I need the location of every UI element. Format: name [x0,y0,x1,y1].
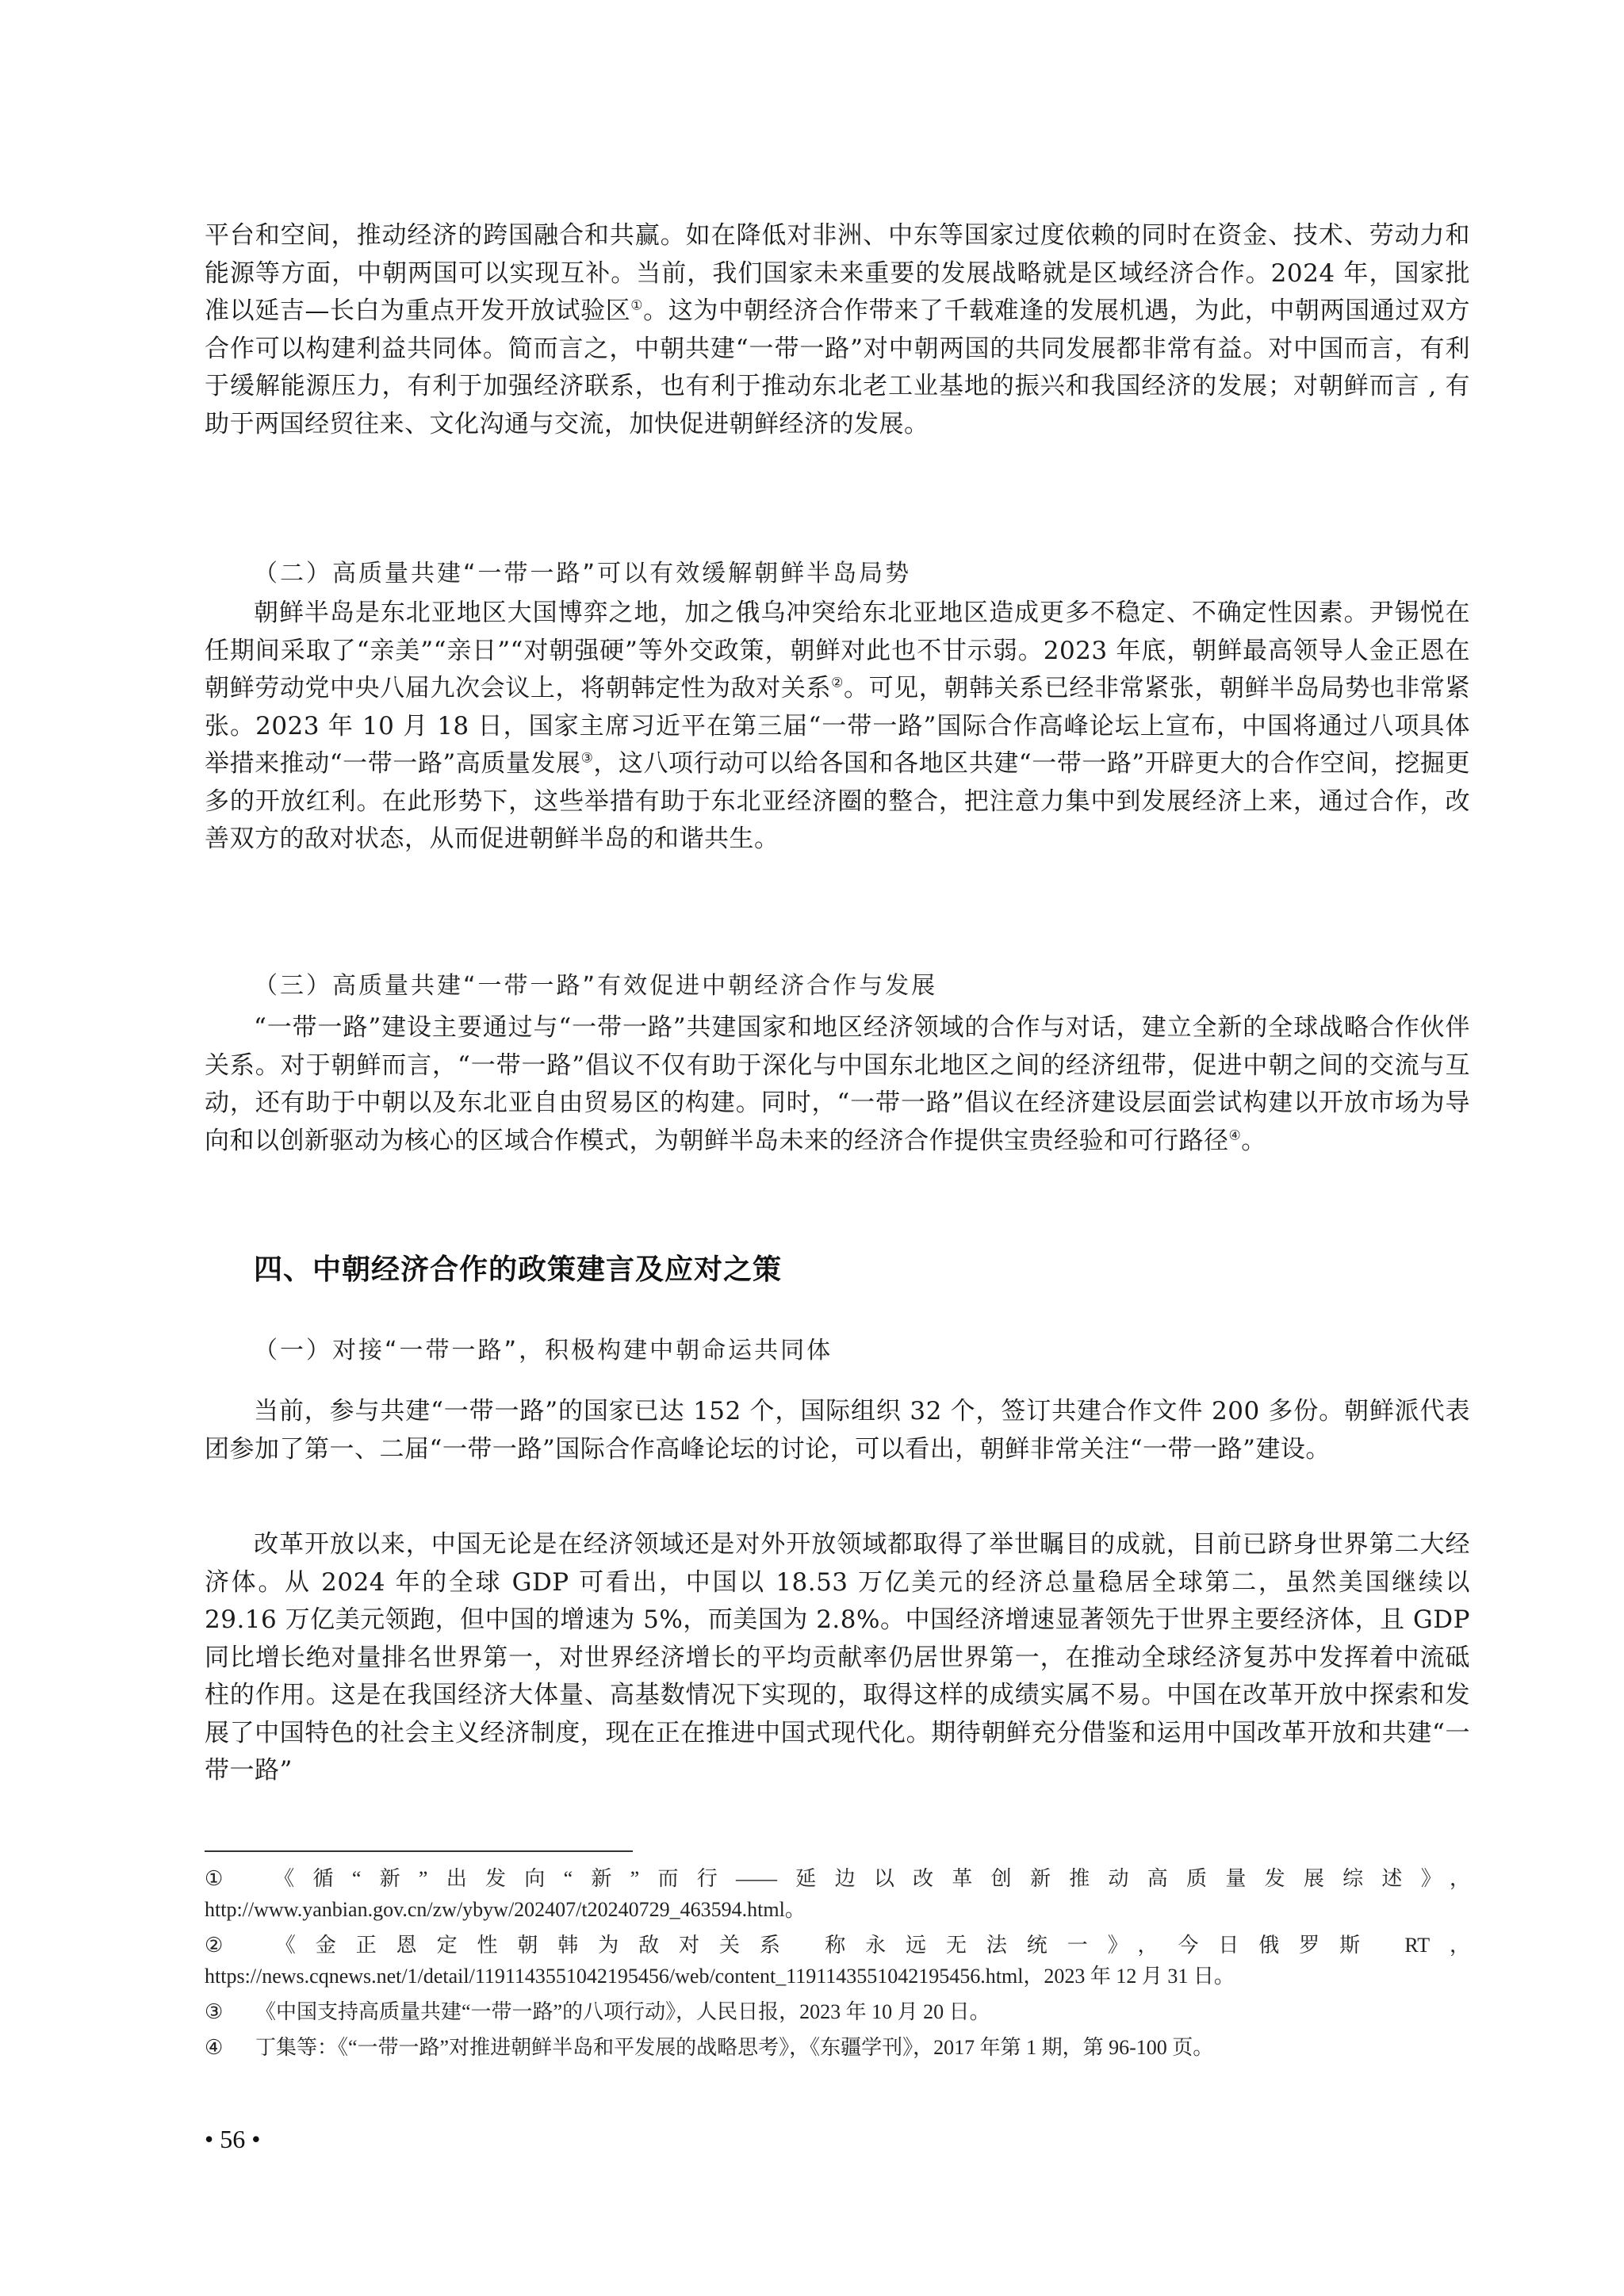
paragraph-text: 。 [1241,1127,1266,1155]
footnote-divider [205,1850,633,1852]
footnote-4: ④丁集等：《“一带一路”对推进朝鲜半岛和平发展的战略思考》，《东疆学刊》，201… [205,2032,1470,2063]
subheading-text: （一）对接“一带一路”，积极构建中朝命运共同体 [205,1332,1470,1369]
footnote-1: ①《循“新”出发向“新”而行——延边以改革创新推动高质量发展综述》，http:/… [205,1863,1470,1925]
footnote-ref-1[interactable]: ① [630,298,643,314]
paragraph-bri-participation: 当前，参与共建“一带一路”的国家已达 152 个，国际组织 32 个，签订共建合… [205,1393,1470,1468]
subheading-3: （三）高质量共建“一带一路”有效促进中朝经济合作与发展 [205,967,1470,1004]
paragraph-text: 改革开放以来，中国无论是在经济领域还是对外开放领域都取得了举世瞩目的成就，目前已… [205,1526,1470,1790]
footnote-text: 《中国支持高质量共建“一带一路”的八项行动》，人民日报，2023 年 10 月 … [255,2000,990,2023]
page-number: • 56 • [205,2125,260,2154]
document-page: 平台和空间，推动经济的跨国融合和共赢。如在降低对非洲、中东等国家过度依赖的同时在… [0,0,1624,2296]
subheading-text: （三）高质量共建“一带一路”有效促进中朝经济合作与发展 [205,967,1470,1004]
footnote-2: ②《金正恩定性朝韩为敌对关系 称永远无法统一》，今日俄罗斯 RT，https:/… [205,1930,1470,1992]
paragraph-text: “一带一路”建设主要通过与“一带一路”共建国家和地区经济领域的合作与对话，建立全… [205,1013,1470,1155]
paragraph-economic-cooperation: “一带一路”建设主要通过与“一带一路”共建国家和地区经济领域的合作与对话，建立全… [205,1009,1470,1160]
subheading-text: （二）高质量共建“一带一路”可以有效缓解朝鲜半岛局势 [205,555,1470,592]
footnote-marker: ② [205,1930,255,1961]
footnotes: ①《循“新”出发向“新”而行——延边以改革创新推动高质量发展综述》，http:/… [205,1863,1470,2068]
subheading-2: （二）高质量共建“一带一路”可以有效缓解朝鲜半岛局势 [205,555,1470,592]
footnote-marker: ④ [205,2032,255,2063]
paragraph-reform-opening: 改革开放以来，中国无论是在经济领域还是对外开放领域都取得了举世瞩目的成就，目前已… [205,1526,1470,1790]
paragraph-cooperation-benefits: 平台和空间，推动经济的跨国融合和共赢。如在降低对非洲、中东等国家过度依赖的同时在… [205,217,1470,443]
footnote-text[interactable]: 《金正恩定性朝韩为敌对关系 称永远无法统一》，今日俄罗斯 RT，https://… [205,1934,1470,1988]
footnote-ref-3[interactable]: ③ [581,751,594,767]
footnote-text[interactable]: 《循“新”出发向“新”而行——延边以改革创新推动高质量发展综述》，http://… [205,1867,1470,1921]
footnote-marker: ① [205,1863,255,1894]
paragraph-peninsula-situation: 朝鲜半岛是东北亚地区大国博弈之地，加之俄乌冲突给东北亚地区造成更多不稳定、不确定… [205,595,1470,859]
section-heading-4: 四、中朝经济合作的政策建言及应对之策 [205,1251,1470,1289]
footnote-text: 丁集等：《“一带一路”对推进朝鲜半岛和平发展的战略思考》，《东疆学刊》，2017… [255,2036,1213,2059]
footnote-ref-4[interactable]: ④ [1229,1127,1242,1143]
paragraph-text: 当前，参与共建“一带一路”的国家已达 152 个，国际组织 32 个，签订共建合… [205,1393,1470,1468]
subheading-4-1: （一）对接“一带一路”，积极构建中朝命运共同体 [205,1332,1470,1369]
footnote-3: ③《中国支持高质量共建“一带一路”的八项行动》，人民日报，2023 年 10 月… [205,1996,1470,2027]
section-title: 四、中朝经济合作的政策建言及应对之策 [205,1251,1470,1289]
footnote-marker: ③ [205,1996,255,2027]
footnote-ref-2[interactable]: ② [831,675,844,691]
